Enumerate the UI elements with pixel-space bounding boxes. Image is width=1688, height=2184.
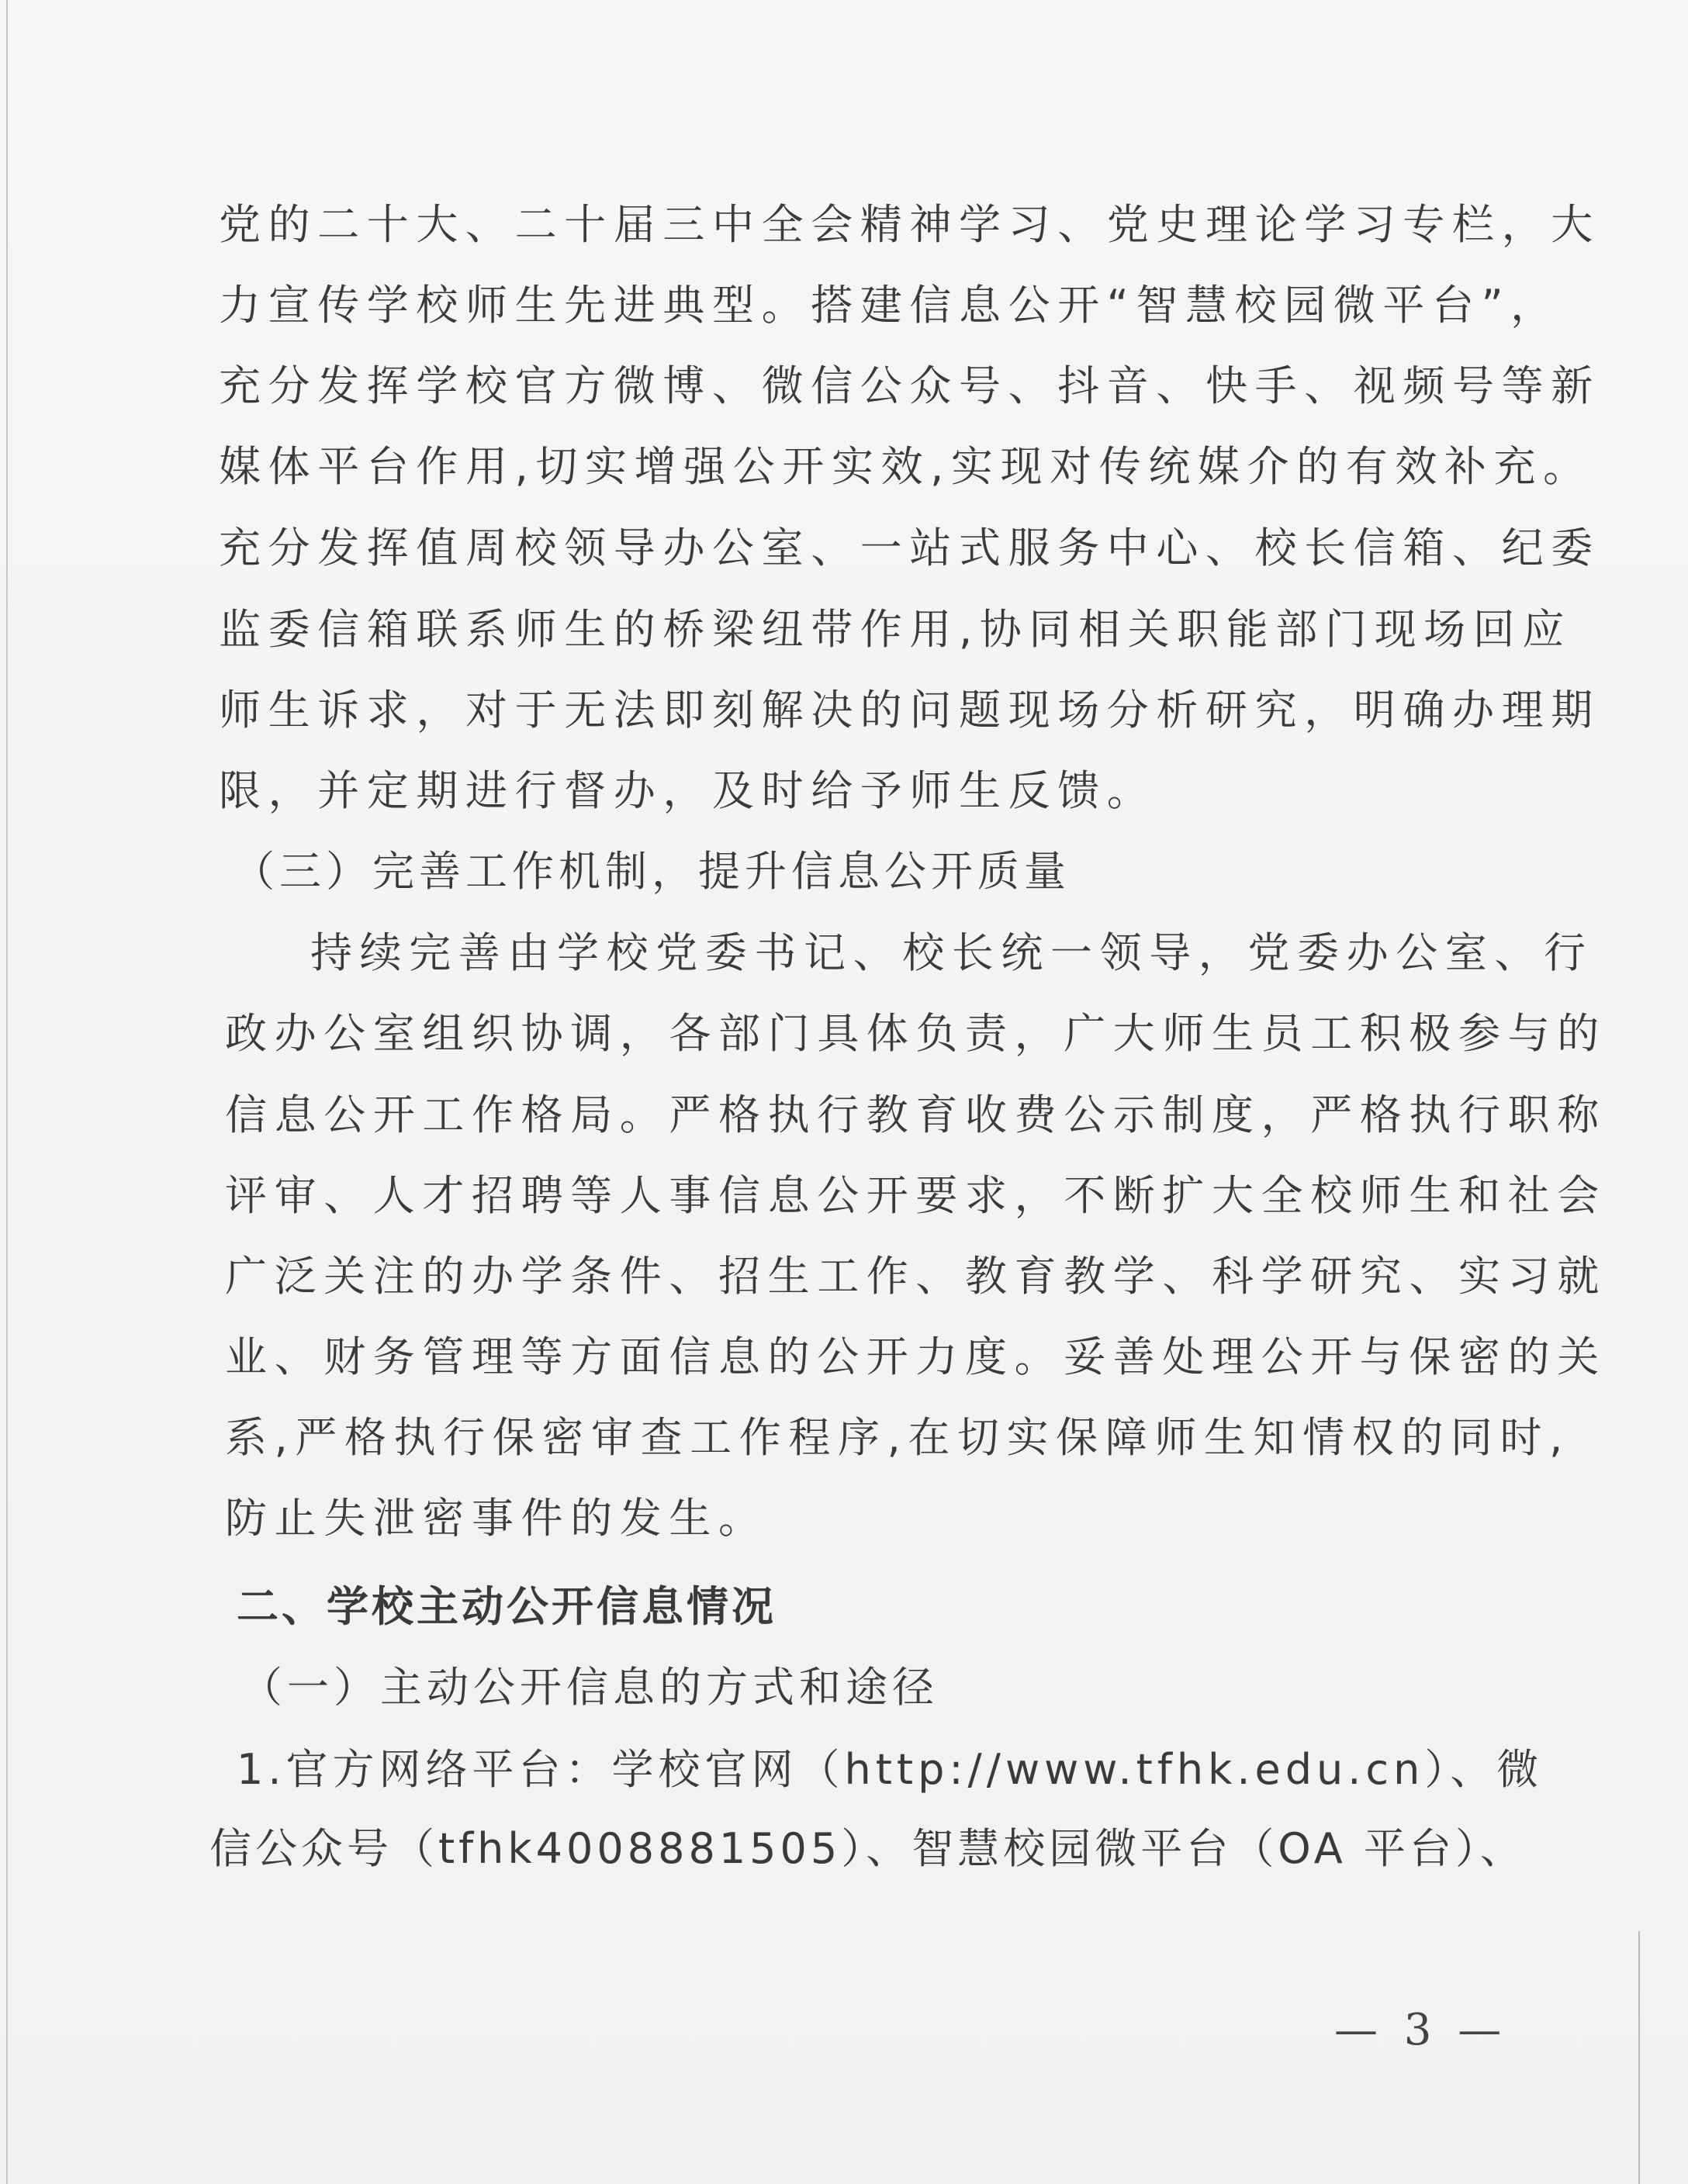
part-heading-2: 二、学校主动公开信息情况 — [237, 1582, 1478, 1632]
body-text-line: 充分发挥值周校领导办公室、一站式服务中心、校长信箱、纪委 — [219, 524, 1460, 573]
scan-edge-right — [1638, 1931, 1640, 2184]
body-text-line: 媒体平台作用,切实增强公开实效,实现对传统媒介的有效补充。 — [219, 442, 1460, 492]
body-text-line: 党的二十大、二十届三中全会精神学习、党史理论学习专栏，大 — [219, 200, 1460, 250]
body-text-line: 信公众号（tfhk4008881505）、智慧校园微平台（OA 平台）、 — [209, 1824, 1451, 1874]
body-text-line: 充分发挥学校官方微博、微信公众号、抖音、快手、视频号等新 — [219, 361, 1460, 411]
body-text-line: 业、财务管理等方面信息的公开力度。妥善处理公开与保密的关 — [225, 1332, 1466, 1382]
body-text-line: 广泛关注的办学条件、招生工作、教育教学、科学研究、实习就 — [225, 1252, 1466, 1301]
body-text-line: 系,严格执行保密审查工作程序,在切实保障师生知情权的同时, — [225, 1413, 1466, 1463]
body-text-line: 信息公开工作格局。严格执行教育收费公示制度，严格执行职称 — [225, 1090, 1466, 1140]
body-text-line: 防止失泄密事件的发生。 — [225, 1494, 1466, 1543]
body-text-line: 限，并定期进行督办，及时给予师生反馈。 — [219, 766, 1460, 816]
body-text-line: 师生诉求，对于无法即刻解决的问题现场分析研究，明确办理期 — [219, 686, 1460, 735]
scan-edge-left — [6, 0, 8, 2184]
body-text-line: 监委信箱联系师生的桥梁纽带作用,协同相关职能部门现场回应 — [219, 605, 1460, 655]
body-text-line: 1.官方网络平台：学校官网（http://www.tfhk.edu.cn）、微 — [237, 1745, 1478, 1795]
body-text-line: 力宣传学校师生先进典型。搭建信息公开“智慧校园微平台”， — [219, 281, 1460, 330]
body-text-line: 政办公室组织协调，各部门具体负责，广大师生员工积极参与的 — [225, 1009, 1466, 1059]
page-number: — 3 — — [1334, 2005, 1507, 2055]
document-page: 党的二十大、二十届三中全会精神学习、党史理论学习专栏，大 力宣传学校师生先进典型… — [0, 0, 1688, 2184]
body-text-line: 评审、人才招聘等人事信息公开要求，不断扩大全校师生和社会 — [225, 1171, 1466, 1221]
body-text-line: 持续完善由学校党委书记、校长统一领导，党委办公室、行 — [310, 928, 1551, 978]
section-heading-3: （三）完善工作机制，提升信息公开质量 — [233, 847, 1474, 897]
subsection-heading-1: （一）主动公开信息的方式和途径 — [240, 1663, 1482, 1712]
